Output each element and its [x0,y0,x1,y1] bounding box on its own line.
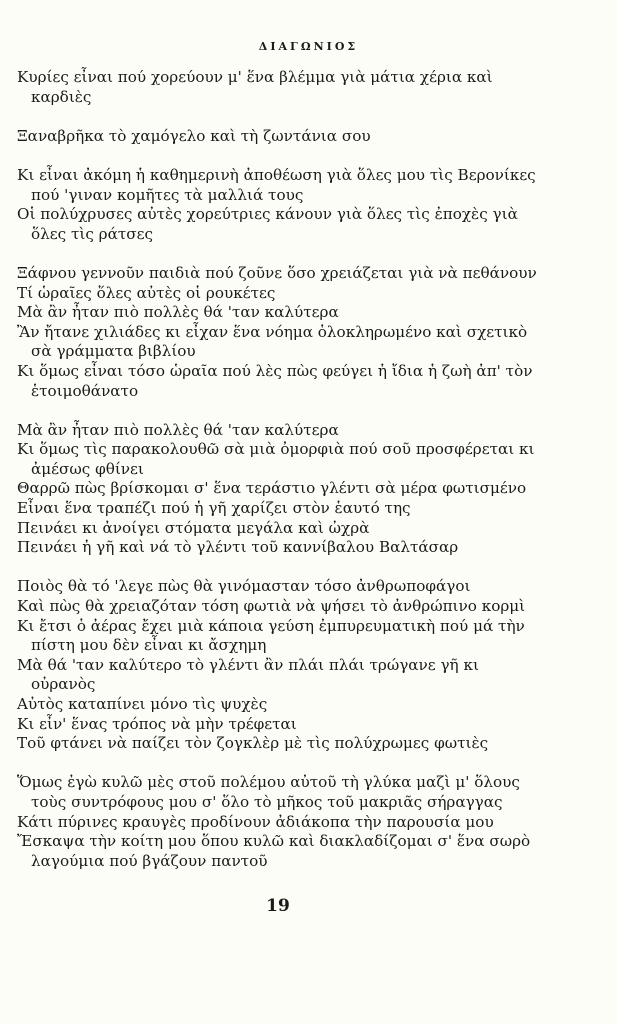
stanza: Ὅμως ἐγὼ κυλῶ μὲς στοῦ πολέμου αὐτοῦ τὴ … [17,773,537,871]
poem-line: Ἔσκαψα τὴν κοίτη μου ὅπου κυλῶ καὶ διακλ… [17,832,537,871]
poem-title: ΔΙΑΓΩΝΙΟΣ [0,40,617,53]
stanza: Μὰ ἂν ἦταν πιὸ πολλὲς θά 'ταν καλύτεραΚι… [17,421,537,558]
poem-line: Μὰ θά 'ταν καλύτερο τὸ γλέντι ἂν πλάι πλ… [17,656,537,695]
poem-line: Πεινάει ἡ γῆ καὶ νά τὸ γλέντι τοῦ καννίβ… [17,538,537,558]
book-page: ΔΙΑΓΩΝΙΟΣ Κυρίες εἶναι πού χορεύουν μ' ἕ… [0,0,617,1024]
page-number: 19 [0,896,556,916]
poem-line: Ἂν ἤτανε χιλιάδες κι εἶχαν ἕνα νόημα ὁλο… [17,323,537,362]
poem-line: Θαρρῶ πὼς βρίσκομαι σ' ἕνα τεράστιο γλέν… [17,479,537,499]
stanza: Ξάφνου γεννοῦν παιδιὰ πού ζοῦνε ὅσο χρει… [17,264,537,401]
poem-line: Πεινάει κι ἀνοίγει στόματα μεγάλα καὶ ὠχ… [17,519,537,539]
poem-line: Κι εἶναι ἀκόμη ἡ καθημερινὴ ἀποθέωση γιὰ… [17,166,537,205]
poem-line: Αὐτὸς καταπίνει μόνο τὶς ψυχὲς [17,695,537,715]
poem-line: Μὰ ἂν ἦταν πιὸ πολλὲς θά 'ταν καλύτερα [17,303,537,323]
stanza: Κι εἶναι ἀκόμη ἡ καθημερινὴ ἀποθέωση γιὰ… [17,166,537,244]
poem-line: Κάτι πύρινες κραυγὲς προδίνουν ἀδιάκοπα … [17,813,537,833]
poem-line: Τοῦ φτάνει νὰ παίζει τὸν ζογκλὲρ μὲ τὶς … [17,734,537,754]
poem-line: Εἶναι ἕνα τραπέζι πού ἡ γῆ χαρίζει στὸν … [17,499,537,519]
stanza: Ποιὸς θὰ τό 'λεγε πὼς θὰ γινόμασταν τόσο… [17,577,537,753]
stanza: Κυρίες εἶναι πού χορεύουν μ' ἕνα βλέμμα … [17,68,537,107]
stanza: Ξαναβρῆκα τὸ χαμόγελο καὶ τὴ ζωντάνια σο… [17,127,537,147]
poem-line: Μὰ ἂν ἦταν πιὸ πολλὲς θά 'ταν καλύτερα [17,421,537,441]
poem-line: Ξάφνου γεννοῦν παιδιὰ πού ζοῦνε ὅσο χρει… [17,264,537,284]
poem-line: Τί ὡραῖες ὅλες αὐτὲς οἱ ρουκέτες [17,284,537,304]
poem-line: Οἱ πολύχρυσες αὐτὲς χορεύτριες κάνουν γι… [17,205,537,244]
poem-body: Κυρίες εἶναι πού χορεύουν μ' ἕνα βλέμμα … [17,68,537,891]
poem-line: Ὅμως ἐγὼ κυλῶ μὲς στοῦ πολέμου αὐτοῦ τὴ … [17,773,537,812]
poem-line: Κι ὅμως τὶς παρακολουθῶ σὰ μιὰ ὀμορφιὰ π… [17,440,537,479]
poem-line: Ποιὸς θὰ τό 'λεγε πὼς θὰ γινόμασταν τόσο… [17,577,537,597]
poem-line: Κι ὅμως εἶναι τόσο ὡραῖα πού λὲς πὼς φεύ… [17,362,537,401]
poem-line: Κι ἔτσι ὁ ἀέρας ἔχει μιὰ κάποια γεύση ἐμ… [17,617,537,656]
poem-line: Καὶ πὼς θὰ χρειαζόταν τόση φωτιὰ νὰ ψήσε… [17,597,537,617]
poem-line: Κι εἶν' ἕνας τρόπος νὰ μὴν τρέφεται [17,715,537,735]
poem-line: Ξαναβρῆκα τὸ χαμόγελο καὶ τὴ ζωντάνια σο… [17,127,537,147]
poem-line: Κυρίες εἶναι πού χορεύουν μ' ἕνα βλέμμα … [17,68,537,107]
